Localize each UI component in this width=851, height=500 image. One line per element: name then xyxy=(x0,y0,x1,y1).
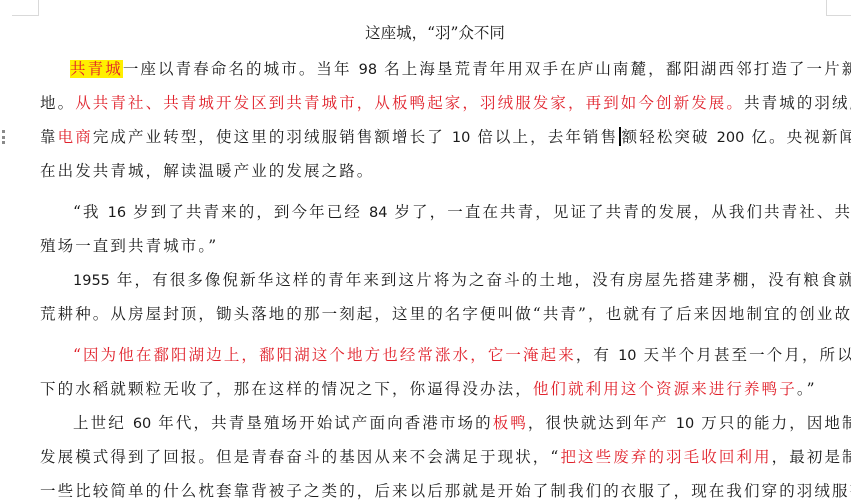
text-run: 万只的能力，因地制宜的 xyxy=(694,414,851,432)
text-line[interactable]: 荒耕种。从房屋封顶，锄头落地的那一刻起，这里的名字便叫做“共青”，也就有了后来因… xyxy=(40,302,851,324)
text-run: 靠 xyxy=(40,128,58,146)
document-title: 这座城，“羽”众不同 xyxy=(40,21,830,43)
emphasis-text: 把这些废弃的羽毛收回利用 xyxy=(560,448,771,466)
text-run: ，很快就达到年产 xyxy=(528,414,676,432)
text-run: ，有 xyxy=(576,346,618,364)
text-run: 上世纪 xyxy=(73,414,133,432)
text-run: 亿。央视新闻“县” xyxy=(744,128,851,146)
text-line[interactable]: 殖场一直到共青城市。” xyxy=(40,234,218,256)
text-run: 1955 xyxy=(73,273,110,289)
text-run: 10 xyxy=(676,416,694,432)
text-line[interactable]: 上世纪 60 年代，共青垦殖场开始试产面向香港市场的板鸭，很快就达到年产 10 … xyxy=(73,411,851,433)
emphasis-text: 从共青社、共青城开发区到共青城市，从板鸭起家，羽绒服发家，再到如今创新发展。 xyxy=(75,94,744,112)
highlighted-text: 共青城 xyxy=(70,60,123,78)
page-corner-mark-top-left xyxy=(12,0,39,16)
text-line[interactable]: 发展模式得到了回报。但是青春奋斗的基因从来不会满足于现状，“把这些废弃的羽毛收回… xyxy=(40,445,851,467)
text-run: 完成产业转型，使这里的羽绒服销售额增长了 xyxy=(93,128,452,146)
text-line[interactable]: 下的水稻就颗粒无收了，那在这样的情况之下，你逼得没办法，他们就利用这个资源来进行… xyxy=(40,377,817,399)
text-run: 地。 xyxy=(40,94,75,112)
text-run: 98 xyxy=(359,62,377,78)
emphasis-text: 他们就利用这个资源来进行养鸭子 xyxy=(533,380,797,398)
text-run: “我 xyxy=(73,203,108,221)
text-line[interactable]: 靠电商完成产业转型，使这里的羽绒服销售额增长了 10 倍以上，去年销售额轻松突破… xyxy=(40,125,851,147)
text-line[interactable]: “我 16 岁到了共青来的，到今年已经 84 岁了，一直在共青，见证了共青的发展… xyxy=(73,200,851,222)
text-run: 天半个月甚至一个月，所以种 xyxy=(637,346,851,364)
text-run: 发展模式得到了回报。但是青春奋斗的基因从来不会满足于现状，“ xyxy=(40,448,560,466)
emphasis-text: “因为他在鄱阳湖边上，鄱阳湖这个地方也经常涨水，它一淹起来 xyxy=(73,346,576,364)
paragraph-drag-handle-icon[interactable] xyxy=(2,130,6,144)
text-run: 年，有很多像倪新华这样的青年来到这片将为之奋斗的土地，没有房屋先搭建茅棚，没有粮… xyxy=(110,271,851,289)
text-run: 一些比较简单的什么枕套靠背被子之类的，后来以后那就是开始了制我们的衣服了，现在我… xyxy=(40,482,851,500)
text-run: 共青城的羽绒服依 xyxy=(744,94,851,112)
emphasis-text: 板鸭 xyxy=(493,414,528,432)
text-line[interactable]: 一些比较简单的什么枕套靠背被子之类的，后来以后那就是开始了制我们的衣服了，现在我… xyxy=(40,479,851,500)
text-line[interactable]: 地。从共青社、共青城开发区到共青城市，从板鸭起家，羽绒服发家，再到如今创新发展。… xyxy=(40,91,851,113)
text-run: 年代，共青垦殖场开始试产面向香港市场的 xyxy=(151,414,492,432)
text-run: 殖场一直到共青城市。” xyxy=(40,237,218,255)
text-run: 倍以上，去年销售 xyxy=(470,128,618,146)
emphasis-text: 电商 xyxy=(58,128,93,146)
text-run: 10 xyxy=(452,130,470,146)
text-run: 200 xyxy=(717,130,745,146)
text-cursor xyxy=(619,127,621,146)
text-line[interactable]: 在出发共青城，解读温暖产业的发展之路。 xyxy=(40,159,374,181)
text-line[interactable]: 1955 年，有很多像倪新华这样的青年来到这片将为之奋斗的土地，没有房屋先搭建茅… xyxy=(73,268,851,290)
text-run: 。” xyxy=(797,380,817,398)
text-run: 10 xyxy=(618,348,636,364)
text-line[interactable]: “因为他在鄱阳湖边上，鄱阳湖这个地方也经常涨水，它一淹起来，有 10 天半个月甚… xyxy=(73,343,851,365)
text-run: 下的水稻就颗粒无收了，那在这样的情况之下，你逼得没办法， xyxy=(40,380,533,398)
text-run: ，最初是制成 xyxy=(772,448,851,466)
text-run: 84 xyxy=(369,205,387,221)
text-run: 额轻松突破 xyxy=(622,128,717,146)
text-run: 在出发共青城，解读温暖产业的发展之路。 xyxy=(40,162,374,180)
text-run: 荒耕种。从房屋封顶，锄头落地的那一刻起，这里的名字便叫做“共青”，也就有了后来因… xyxy=(40,305,851,323)
text-run: 名上海垦荒青年用双手在庐山南麓，鄱阳湖西邻打造了一片新天 xyxy=(377,60,851,78)
page-corner-mark-top-right xyxy=(826,0,851,16)
text-run: 岁到了共青来的，到今年已经 xyxy=(126,203,369,221)
text-line[interactable]: 共青城一座以青春命名的城市。当年 98 名上海垦荒青年用双手在庐山南麓，鄱阳湖西… xyxy=(70,57,851,79)
text-run: 岁了，一直在共青，见证了共青的发展，从我们共青社、共青垦 xyxy=(387,203,851,221)
text-run: 一座以青春命名的城市。当年 xyxy=(123,60,359,78)
text-run: 16 xyxy=(108,205,126,221)
text-run: 60 xyxy=(133,416,151,432)
